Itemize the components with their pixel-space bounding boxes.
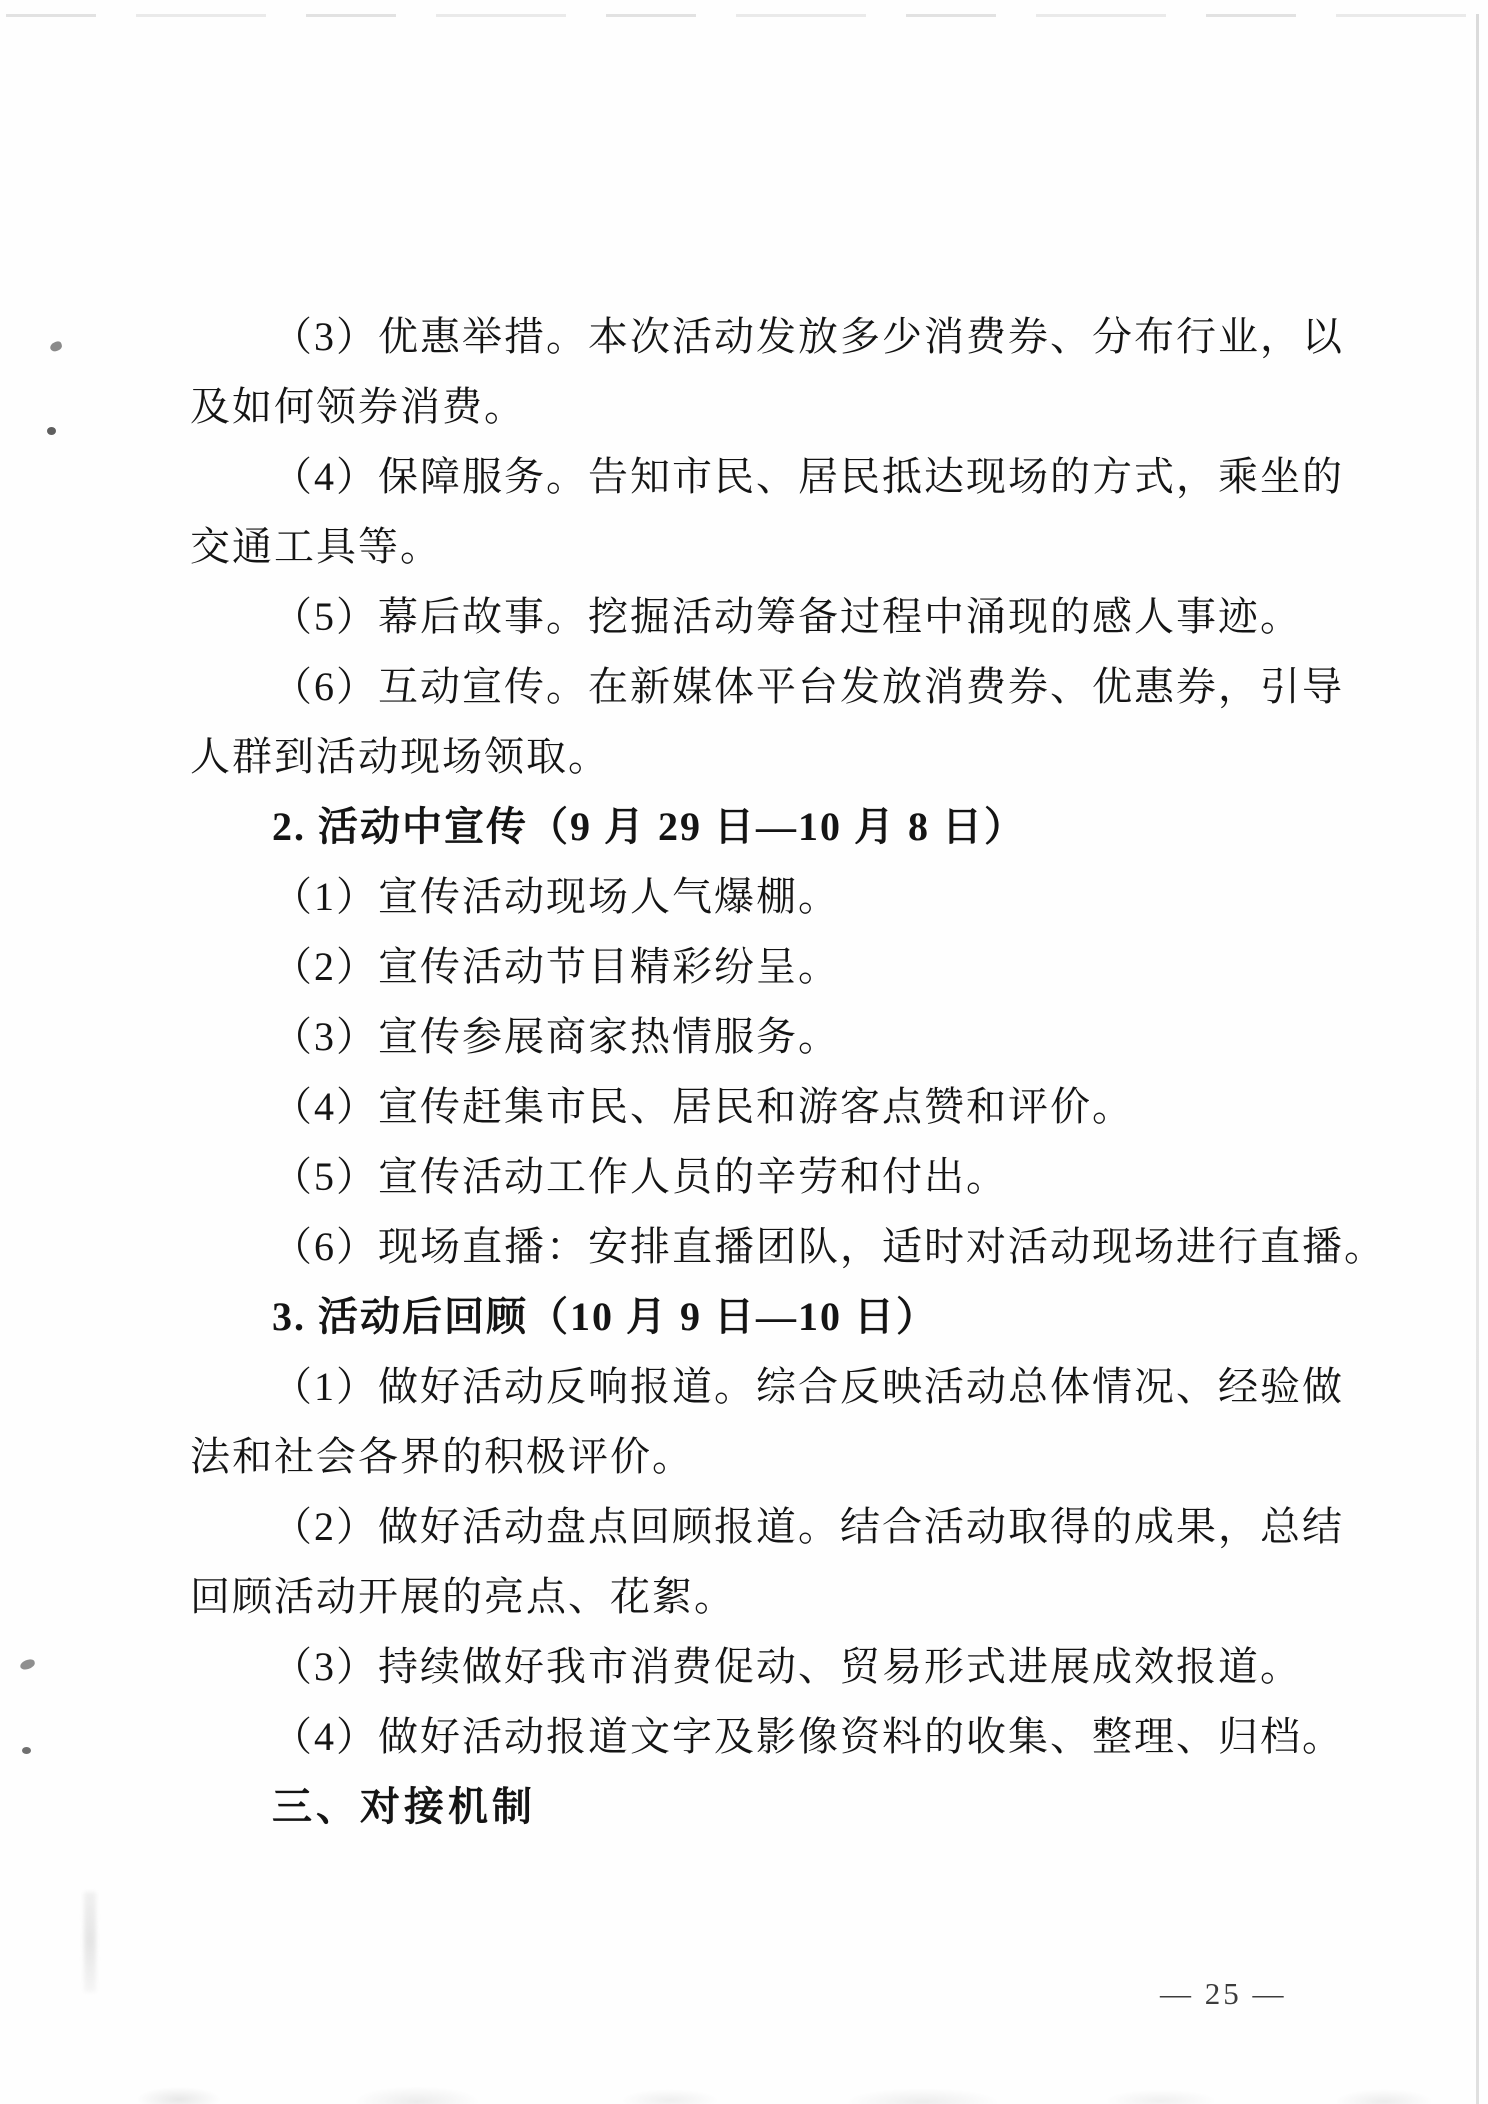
text-line: （3）持续做好我市消费促动、贸易形式进展成效报道。 (190, 1632, 1355, 1702)
text-line: （2）宣传活动节目精彩纷呈。 (190, 932, 1355, 1002)
scan-artifact-top-line (6, 14, 1484, 17)
scan-speck (47, 427, 56, 435)
scan-speck (19, 1658, 36, 1671)
scan-artifact-bottom-noise (0, 2058, 1488, 2104)
numbered-heading: 2. 活动中宣传（9 月 29 日—10 月 8 日） (190, 792, 1355, 862)
text-line: （4）做好活动报道文字及影像资料的收集、整理、归档。 (190, 1702, 1355, 1772)
text-line: 人群到活动现场领取。 (190, 722, 1355, 792)
scan-speck (49, 340, 63, 353)
scan-smudge (84, 1892, 96, 1992)
section-heading: 三、对接机制 (190, 1772, 1355, 1842)
text-line: （6）现场直播：安排直播团队，适时对活动现场进行直播。 (190, 1212, 1355, 1282)
text-line: （5）宣传活动工作人员的辛劳和付出。 (190, 1142, 1355, 1212)
page-number: — 25 — (1160, 1976, 1287, 2012)
document-body: （3）优惠举措。本次活动发放多少消费券、分布行业，以 及如何领券消费。 （4）保… (190, 302, 1355, 1842)
scan-speck (22, 1747, 31, 1754)
text-line: （4）宣传赶集市民、居民和游客点赞和评价。 (190, 1072, 1355, 1142)
text-line: （3）优惠举措。本次活动发放多少消费券、分布行业，以 (190, 302, 1355, 372)
text-line: （4）保障服务。告知市民、居民抵达现场的方式，乘坐的 (190, 442, 1355, 512)
text-line: （1）宣传活动现场人气爆棚。 (190, 862, 1355, 932)
text-line: 交通工具等。 (190, 512, 1355, 582)
text-line: （5）幕后故事。挖掘活动筹备过程中涌现的感人事迹。 (190, 582, 1355, 652)
text-line: （1）做好活动反响报道。综合反映活动总体情况、经验做 (190, 1352, 1355, 1422)
text-line: （3）宣传参展商家热情服务。 (190, 1002, 1355, 1072)
scanned-document-page: （3）优惠举措。本次活动发放多少消费券、分布行业，以 及如何领券消费。 （4）保… (0, 0, 1488, 2104)
numbered-heading: 3. 活动后回顾（10 月 9 日—10 日） (190, 1282, 1355, 1352)
text-line: 及如何领券消费。 (190, 372, 1355, 442)
scan-artifact-right-line (1476, 14, 1479, 2104)
text-line: （2）做好活动盘点回顾报道。结合活动取得的成果，总结 (190, 1492, 1355, 1562)
text-line: 法和社会各界的积极评价。 (190, 1422, 1355, 1492)
text-line: 回顾活动开展的亮点、花絮。 (190, 1562, 1355, 1632)
text-line: （6）互动宣传。在新媒体平台发放消费券、优惠券，引导 (190, 652, 1355, 722)
